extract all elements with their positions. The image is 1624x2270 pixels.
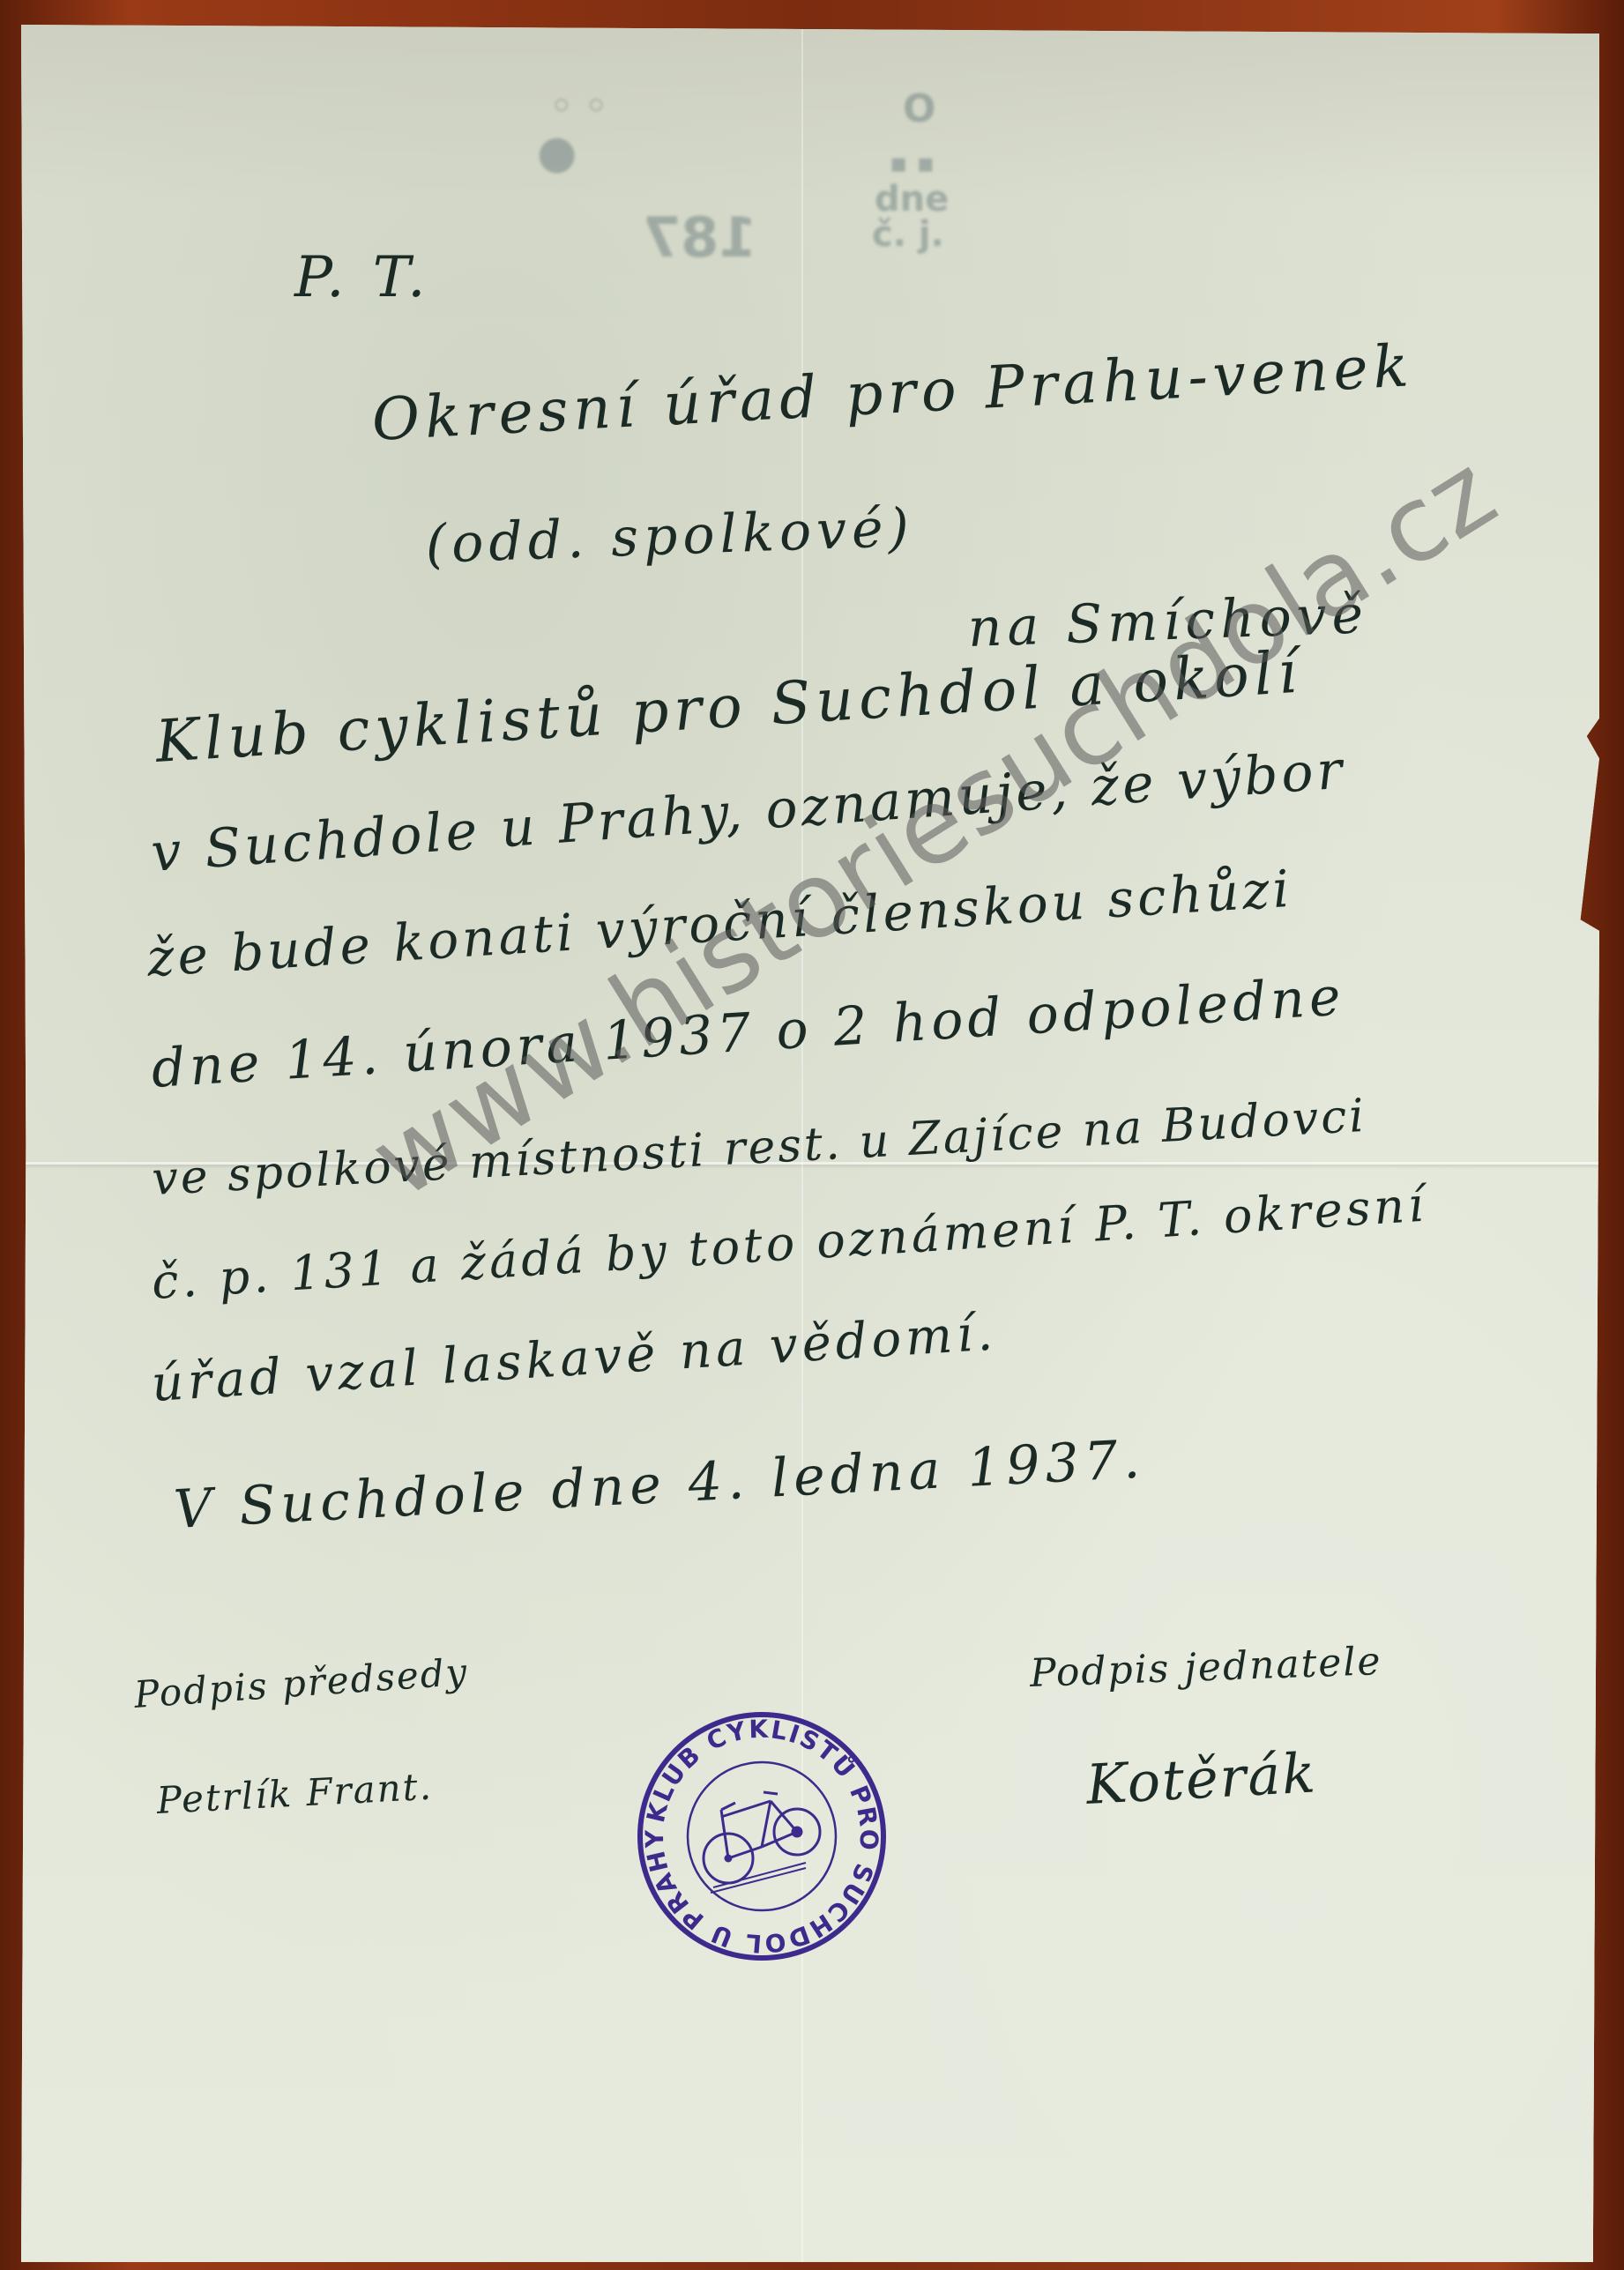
club-stamp-icon: KLUB CYKLISTŮ PRO SUCHDOL U PRAHY A OKOL… <box>629 1704 894 1969</box>
svg-text:KLUB CYKLISTŮ PRO SUCHDOL U PR: KLUB CYKLISTŮ PRO SUCHDOL U PRAHY A OKOL… <box>629 1704 883 1959</box>
letter-paper: ◦ ◦ ● 187 O ▪ ▪ dne č. j. P. T. Okresní … <box>21 25 1599 2262</box>
ghost-stamp-mark: ◦ ◦ <box>550 86 607 127</box>
ghost-stamp-cj: č. j. <box>872 214 944 255</box>
salutation: P. T. <box>294 245 430 310</box>
signature-label-secretary: Podpis jednatele <box>1029 1639 1382 1696</box>
body-line-7: úřad vzal laskavě na vědomí. <box>150 1304 999 1413</box>
addressee-department: (odd. spolkové) <box>425 497 915 576</box>
ghost-stamp-top: O <box>903 86 935 131</box>
addressee-office: Okresní úřad pro Prahu-venek <box>370 331 1415 454</box>
body-line-5: ve spolkové místnosti rest. u Zajíce na … <box>151 1090 1367 1206</box>
signature-chairman: Petrlík Frant. <box>155 1765 434 1822</box>
ghost-stamp-number: 187 <box>643 205 756 270</box>
signature-label-chairman: Podpis předsedy <box>133 1650 470 1716</box>
signature-secretary: Kotěrák <box>1084 1740 1318 1817</box>
ghost-stamp-mid: ▪ ▪ <box>890 148 935 179</box>
body-line-6: č. p. 131 a žádá by toto oznámení P. T. … <box>150 1177 1428 1310</box>
place-date: V Suchdole dne 4. ledna 1937. <box>172 1428 1146 1541</box>
club-stamp: KLUB CYKLISTŮ PRO SUCHDOL U PRAHY A OKOL… <box>629 1704 894 1969</box>
bicycle-icon <box>704 1792 820 1893</box>
ghost-stamp-mark: ● <box>537 126 577 179</box>
